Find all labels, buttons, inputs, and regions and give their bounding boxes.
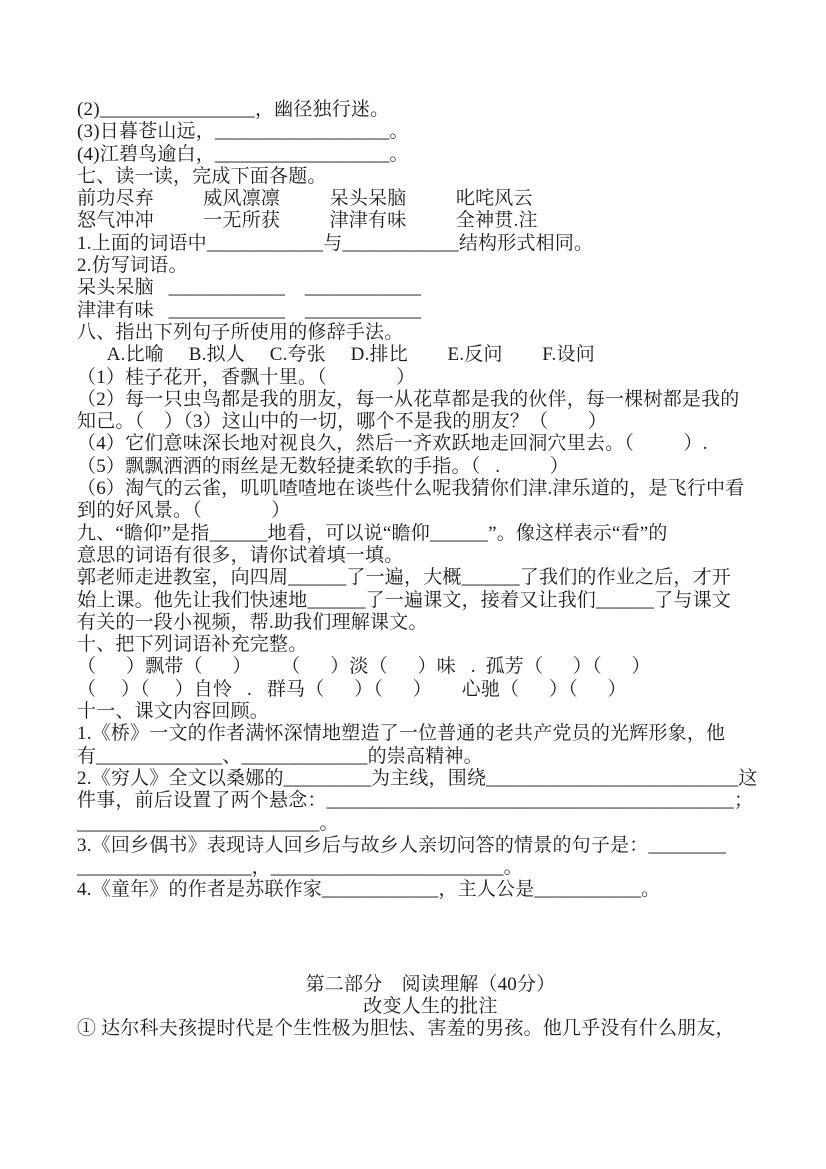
- question-11-line: _________________________。: [77, 813, 784, 835]
- question-8-item: （5）飘飘洒洒的雨丝是无数轻捷柔软的手指。（ . ）: [77, 456, 784, 478]
- question-9-line: 始上课。他先让我们快速地______了一遍课文，接着又让我们______了与课文: [77, 590, 784, 612]
- question-8-item: （4）它们意味深长地对视良久，然后一齐欢跃地走回洞穴里去。（ ）.: [77, 433, 784, 455]
- question-9-line: 郭老师走进教室，向四周______了一遍，大概______了我们的作业之后，才开: [77, 567, 784, 589]
- reading-paragraph: ① 达尔科夫孩提时代是个生性极为胆怯、害羞的男孩。他几乎没有什么朋友，: [77, 1018, 784, 1040]
- worksheet-page: (2)________________，幽径独行迷。 (3)日暮苍山远，____…: [0, 0, 826, 1169]
- question-11-line: 3.《回乡偶书》表现诗人回乡后与故乡人亲切问答的情景的句子是：________: [77, 835, 784, 857]
- question-11-line: 1.《桥》一文的作者满怀深情地塑造了一位普通的老共产党员的光辉形象，他: [77, 723, 784, 745]
- question-7-section: 七、读一读，完成下面各题。 前功尽弃 威风凛凛 呆头呆脑 叱咤风云 怒气冲冲 一…: [77, 166, 784, 322]
- question-11-header: 十一、课文内容回顾。: [77, 701, 784, 723]
- poem-fill-line: (3)日暮苍山远，__________________。: [77, 121, 784, 143]
- poem-fill-line: (4)江碧鸟逾白，__________________。: [77, 144, 784, 166]
- imitate-words-row: 呆头呆脑 ____________ ____________: [77, 277, 784, 299]
- poem-fill-section: (2)________________，幽径独行迷。 (3)日暮苍山远，____…: [77, 99, 784, 166]
- part-two-section: 第二部分 阅读理解（40分） 改变人生的批注 ① 达尔科夫孩提时代是个生性极为胆…: [77, 974, 784, 1041]
- imitate-words-row: 津津有味 ____________ ____________: [77, 300, 784, 322]
- question-11-line: 有_____________、_____________的崇高精神。: [77, 746, 784, 768]
- question-7-sub: 2.仿写词语。: [77, 255, 784, 277]
- question-11-line: 2.《穷人》全文以桑娜的_________为主线，围绕_____________…: [77, 768, 784, 790]
- question-10-header: 十、把下列词语补充完整。: [77, 634, 784, 656]
- question-9-line: 意思的词语有很多，请你试着填一填。: [77, 545, 784, 567]
- question-10-section: 十、把下列词语补充完整。 （ ）飘带（ ） （ ）淡（ ）味 . 孤芳（ ）（ …: [77, 634, 784, 701]
- question-8-item: 到的好风景。（ ）: [77, 500, 784, 522]
- word-list-row: 前功尽弃 威风凛凛 呆头呆脑 叱咤风云: [77, 188, 784, 210]
- reading-title: 改变人生的批注: [77, 996, 784, 1018]
- part-two-header: 第二部分 阅读理解（40分）: [77, 974, 784, 996]
- question-8-item: （1）桂子花开，香飘十里。（ ）: [77, 367, 784, 389]
- question-7-sub: 1.上面的词语中____________与____________结构形式相同。: [77, 233, 784, 255]
- question-7-header: 七、读一读，完成下面各题。: [77, 166, 784, 188]
- question-8-item: 知己。（ ）（3）这山中的一切，哪个不是我的朋友？（ ）: [77, 411, 784, 433]
- question-8-section: 八、指出下列句子所使用的修辞手法。 A.比喻 B.拟人 C.夸张 D.排比 E.…: [77, 322, 784, 523]
- question-11-section: 十一、课文内容回顾。 1.《桥》一文的作者满怀深情地塑造了一位普通的老共产党员的…: [77, 701, 784, 902]
- question-8-item: （6）淘气的云雀，叽叽喳喳地在谈些什么呢我猜你们津.津乐道的，是飞行中看: [77, 478, 784, 500]
- question-9-section: 九、“瞻仰”是指______地看，可以说“瞻仰______”。像这样表示“看”的…: [77, 523, 784, 634]
- question-11-line: 件事，前后设置了两个悬念：___________________________…: [77, 790, 784, 812]
- poem-fill-line: (2)________________，幽径独行迷。: [77, 99, 784, 121]
- question-8-header: 八、指出下列句子所使用的修辞手法。: [77, 322, 784, 344]
- word-list-row: 怒气冲冲 一无所获 津津有味 全神贯.注: [77, 210, 784, 232]
- question-8-item: （2）每一只虫鸟都是我的朋友，每一从花草都是我的伙伴，每一棵树都是我的: [77, 389, 784, 411]
- question-11-line: 4.《童年》的作者是苏联作家____________，主人公是_________…: [77, 879, 784, 901]
- word-completion-row: （ ）飘带（ ） （ ）淡（ ）味 . 孤芳（ ）（ ）: [77, 656, 784, 678]
- question-11-line: __________________，_____________________…: [77, 857, 784, 879]
- question-9-line: 有关的一段小视频，帮.助我们理解课文。: [77, 612, 784, 634]
- question-9-line: 九、“瞻仰”是指______地看，可以说“瞻仰______”。像这样表示“看”的: [77, 523, 784, 545]
- rhetoric-options: A.比喻 B.拟人 C.夸张 D.排比 E.反问 F.设问: [77, 344, 784, 366]
- word-completion-row: （ ）（ ）自怜 . 群马（ ）（ ） 心驰（ ）（ ）: [77, 679, 784, 701]
